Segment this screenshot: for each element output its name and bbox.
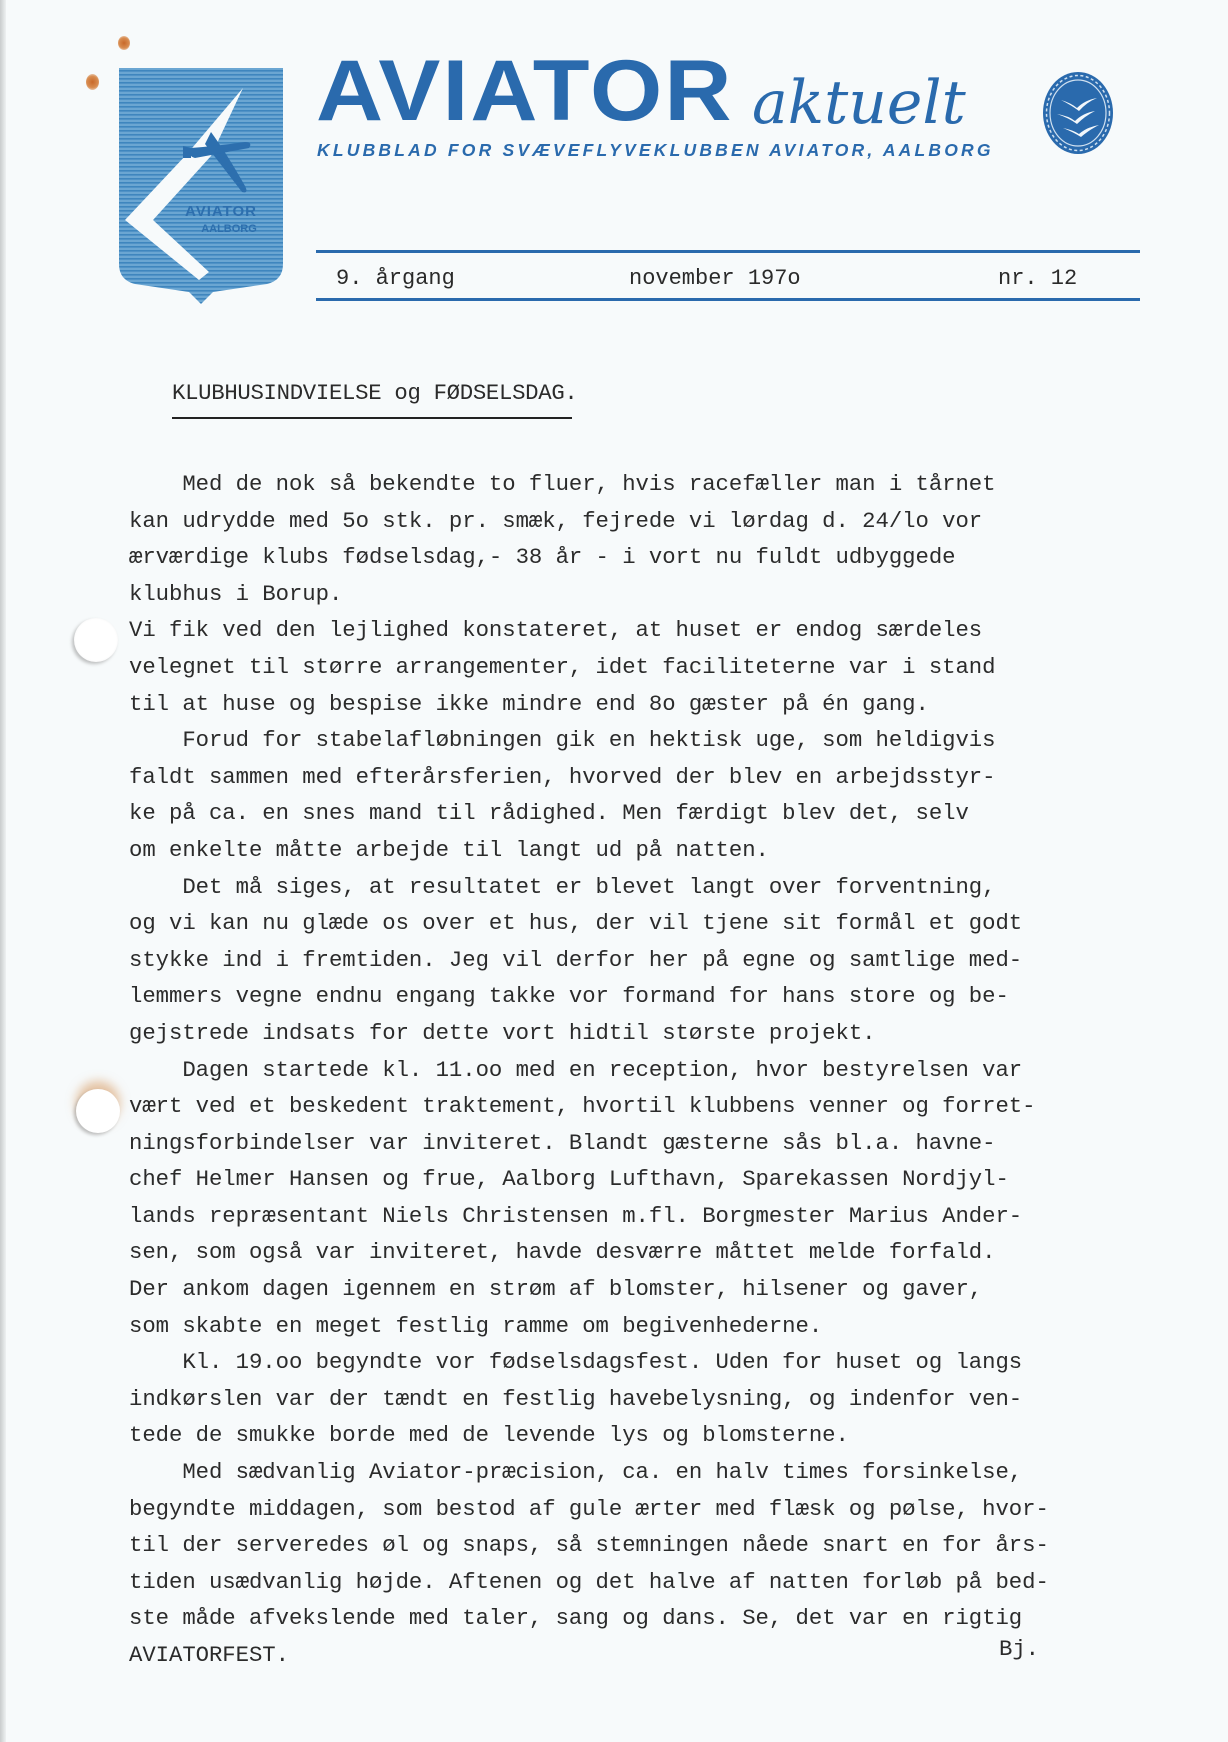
article-line: ærværdige klubs fødselsdag,- 38 år - i v… — [129, 539, 1169, 576]
article-line: som skabte en meget festlig ramme om beg… — [129, 1308, 1169, 1345]
article-line: vært ved et beskedent traktement, hvorti… — [129, 1088, 1169, 1125]
article-line: kan udrydde med 5o stk. pr. smæk, fejred… — [129, 503, 1169, 540]
article-line: om enkelte måtte arbejde til langt ud på… — [129, 832, 1169, 869]
masthead-script-title: aktuelt — [752, 68, 966, 138]
article-line: indkørslen var der tændt en festlig have… — [129, 1381, 1169, 1418]
article-line: tiden usædvanlig højde. Aftenen og det h… — [129, 1564, 1169, 1601]
article-line: faldt sammen med efterårsferien, hvorved… — [129, 759, 1169, 796]
article-line: lands repræsentant Niels Christensen m.f… — [129, 1198, 1169, 1235]
issue-number: nr. 12 — [998, 266, 1077, 291]
article-line: til at huse og bespise ikke mindre end 8… — [129, 686, 1169, 723]
three-birds-seal-icon — [1041, 70, 1115, 156]
article-line: Vi fik ved den lejlighed konstateret, at… — [129, 612, 1169, 649]
scan-edge — [0, 0, 6, 1742]
svg-text:AVIATOR: AVIATOR — [185, 203, 257, 220]
article-line: lemmers vegne endnu engang takke vor for… — [129, 978, 1169, 1015]
svg-text:AALBORG: AALBORG — [201, 223, 257, 235]
article-line: Det må siges, at resultatet er blevet la… — [129, 869, 1169, 906]
masthead-subtitle: KLUBBLAD FOR SVÆVEFLYVEKLUBBEN AVIATOR, … — [317, 140, 994, 161]
article-line: stykke ind i fremtiden. Jeg vil derfor h… — [129, 942, 1169, 979]
masthead: AVIATOR aktuelt — [316, 48, 703, 134]
article-line: sen, som også var inviteret, havde desvæ… — [129, 1234, 1169, 1271]
masthead-title: AVIATOR — [316, 48, 734, 134]
punch-hole — [76, 1089, 120, 1133]
article-line: Dagen startede kl. 11.oo med en receptio… — [129, 1052, 1169, 1089]
title-underline — [172, 417, 572, 419]
article-line: Med de nok så bekendte to fluer, hvis ra… — [129, 466, 1169, 503]
article-line: ningsforbindelser var inviteret. Blandt … — [129, 1125, 1169, 1162]
article-line: Kl. 19.oo begyndte vor fødselsdagsfest. … — [129, 1344, 1169, 1381]
article-line: begyndte middagen, som bestod af gule ær… — [129, 1491, 1169, 1528]
article-line: til der serveredes øl og snaps, så stemn… — [129, 1527, 1169, 1564]
article-line: og vi kan nu glæde os over et hus, der v… — [129, 905, 1169, 942]
header-rule-bottom — [316, 298, 1140, 301]
rust-stain — [86, 74, 99, 90]
header-rule-top — [316, 250, 1140, 253]
punch-hole — [74, 618, 118, 662]
article-line: velegnet til større arrangementer, idet … — [129, 649, 1169, 686]
article-line: tede de smukke borde med de levende lys … — [129, 1417, 1169, 1454]
article-line: AVIATORFEST.Bj. — [129, 1637, 1169, 1674]
article-line: Med sædvanlig Aviator-præcision, ca. en … — [129, 1454, 1169, 1491]
article-title: KLUBHUSINDVIELSE og FØDSELSDAG. — [172, 380, 578, 406]
article-line: Forud for stabelafløbningen gik en hekti… — [129, 722, 1169, 759]
article-line: chef Helmer Hansen og frue, Aalborg Luft… — [129, 1161, 1169, 1198]
rust-stain — [118, 36, 130, 50]
article-line: Der ankom dagen igennem en strøm af blom… — [129, 1271, 1169, 1308]
author-signature: Bj. — [999, 1631, 1039, 1668]
glider-plane-icon: AVIATOR AALBORG — [117, 66, 285, 304]
article-line: klubhus i Borup. — [129, 576, 1169, 613]
article-body: Med de nok så bekendte to fluer, hvis ra… — [129, 466, 1169, 1674]
article-line: ke på ca. en snes mand til rådighed. Men… — [129, 795, 1169, 832]
issue-volume: 9. årgang — [336, 266, 455, 291]
issue-date: november 197o — [629, 266, 801, 291]
article-line: gejstrede indsats for dette vort hidtil … — [129, 1015, 1169, 1052]
